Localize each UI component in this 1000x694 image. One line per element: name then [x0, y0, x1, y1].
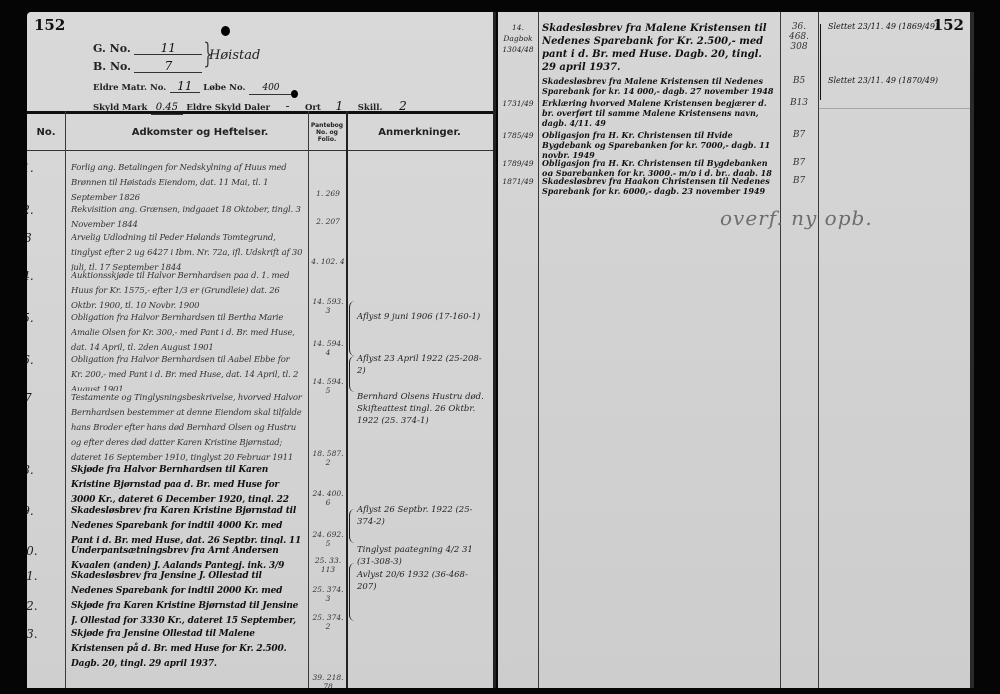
entry-remark: Aflyst 26 Septbr. 1922 (25-374-2) [357, 504, 487, 528]
entry-folio: B7 [782, 158, 816, 168]
entry-remark: Aflyst 9 juni 1906 (17-160-1) [357, 311, 487, 323]
entry-folio: 2. 207 [309, 217, 347, 226]
remark-bracket [349, 509, 360, 543]
remark-bracket [349, 356, 360, 392]
entry-folio: 36. 468. 308 [782, 22, 816, 52]
table-row: 1.Forlig ang. Betalingen for Nedskylning… [27, 161, 493, 203]
entry-number: 8. [27, 463, 43, 477]
entry-text: Obligation fra Halvor Bernhardsen til Aa… [71, 353, 303, 391]
table-row: 6.Obligation fra Halvor Bernhardsen til … [27, 353, 493, 391]
ink-blot [221, 26, 230, 36]
entry-number: 5. [27, 311, 43, 325]
entry-text: Rekvisition ang. Grænsen, indgaaet 18 Ok… [71, 203, 303, 231]
entry-folio: B7 [782, 176, 816, 186]
entry-number: 1. [27, 161, 43, 175]
entry-remark: Avlyst 20/6 1932 (36-468-207) [357, 569, 487, 593]
entry-folio: 4. 102. 4 [309, 257, 347, 266]
left-page: 152 G. No. 11 B. No. 7 } Høistad Eldre M… [27, 12, 496, 688]
entry-number: 7 [27, 391, 43, 405]
entry-text: Skjøde fra Halvor Bernhardsen til Karen … [71, 463, 303, 503]
table-row: 12.Skjøde fra Karen Kristine Bjørnstad t… [27, 599, 493, 627]
entries-list: 1.Forlig ang. Betalingen for Nedskylning… [27, 151, 493, 688]
entry-text: Skadesløsbrev fra Karen Kristine Bjørnst… [71, 504, 303, 544]
right-entry: 1785/49Obligasjon fra H. Kr. Christensen… [498, 130, 970, 158]
entry-text: Skadesløsbrev fra Haakon Christensen til… [542, 176, 778, 206]
entry-remark: Bernhard Olsens Hustru død. Skifteattest… [357, 391, 487, 427]
column-header-adkomster: Adkomster og Heftelser. [65, 114, 335, 150]
entry-text: Obligation fra Halvor Bernhardsen til Be… [71, 311, 303, 353]
g-no-row: G. No. 11 [93, 42, 202, 55]
table-header: No. Adkomster og Heftelser. Pantebog No.… [27, 111, 493, 151]
entry-text: Auktionsskjøde til Halvor Bernhardsen pa… [71, 269, 303, 311]
lobe-no-value: 400 [249, 82, 293, 95]
entry-text: Arvelig Udlodning til Peder Hølands Tomt… [71, 231, 303, 271]
ink-blot [291, 90, 298, 98]
entry-text: Skjøde fra Jensine Ollestad til Malene K… [71, 627, 303, 687]
right-entry: 14. Dagbok 1304/48Skadesløsbrev fra Male… [498, 22, 970, 74]
entry-number: 10. [27, 544, 43, 558]
column-header-anmerkninger: Anmerkninger. [346, 114, 493, 150]
entry-number: 6. [27, 353, 43, 367]
entry-remark: Slettet 23/11. 49 (1870/49) [828, 76, 968, 85]
table-row: 2.Rekvisition ang. Grænsen, indgaaet 18 … [27, 203, 493, 231]
entry-number: 9. [27, 504, 43, 518]
entry-remark: Tinglyst paategning 4/2 31 (31-308-3) [357, 544, 487, 568]
column-header-no: No. [27, 114, 65, 150]
eldre-matr-value: 11 [170, 80, 200, 93]
entry-number: 13. [27, 627, 43, 641]
table-row: 13.Skjøde fra Jensine Ollestad til Malen… [27, 627, 493, 687]
right-entry: 1789/49Obligasjon fra H. Kr. Christensen… [498, 158, 970, 176]
entry-number: 3 [27, 231, 43, 245]
remark-bracket [349, 563, 360, 621]
entry-text: Skjøde fra Karen Kristine Bjørnstad til … [71, 599, 303, 627]
lobe-no-label: Løbe No. [203, 83, 245, 93]
entry-folio: 39. 218. 78 [309, 673, 347, 688]
column-header-pantebog: Pantebog No. og Folio. [308, 114, 346, 150]
entry-number: 4. [27, 269, 43, 283]
eldre-matr-label: Eldre Matr. No. [93, 83, 166, 93]
remark-bracket [349, 301, 360, 356]
pencil-annotation: overf. ny opb. [720, 206, 873, 230]
table-row: 10.Underpantsætningsbrev fra Arnt Anders… [27, 544, 493, 570]
entry-folio: B5 [782, 76, 816, 86]
entry-text: Forlig ang. Betalingen for Nedskylning a… [71, 161, 303, 203]
entry-text: Underpantsætningsbrev fra Arnt Andersen … [71, 544, 303, 570]
entry-folio: 1. 269 [309, 189, 347, 198]
table-row: 7Testamente og Tinglysningsbeskrivelse, … [27, 391, 493, 463]
b-no-value: 7 [134, 60, 202, 73]
entry-reference: 1871/49 [498, 176, 538, 187]
entry-reference: 1731/49 [498, 98, 538, 109]
entry-text: Skadesløsbrev fra Malene Kristensen til … [542, 22, 778, 74]
table-row: 9.Skadesløsbrev fra Karen Kristine Bjørn… [27, 504, 493, 544]
g-no-label: G. No. [93, 42, 131, 55]
entry-number: 12. [27, 599, 43, 613]
entry-reference: 1785/49 [498, 130, 538, 141]
b-no-label: B. No. [93, 60, 131, 73]
entry-text: Obligasjon fra H. Kr. Christensen til Hv… [542, 130, 778, 158]
right-entry: Skadesløsbrev fra Malene Kristensen til … [498, 76, 970, 98]
entry-reference: 14. Dagbok 1304/48 [498, 22, 538, 55]
right-entry: 1731/49Erklæring hvorved Malene Kristens… [498, 98, 970, 128]
entry-number: 2. [27, 203, 43, 217]
right-entry: 1871/49Skadesløsbrev fra Haakon Christen… [498, 176, 970, 206]
right-page: 152 14. Dagbok 1304/48Skadesløsbrev fra … [498, 12, 974, 688]
entry-folio: B7 [782, 130, 816, 140]
entry-text: Erklæring hvorved Malene Kristensen begj… [542, 98, 778, 128]
entry-folio: B13 [782, 98, 816, 108]
table-row: 5.Obligation fra Halvor Bernhardsen til … [27, 311, 493, 353]
entry-number: 11. [27, 569, 43, 583]
table-row: 3Arvelig Udlodning til Peder Hølands Tom… [27, 231, 493, 271]
entry-text: Testamente og Tinglysningsbeskrivelse, h… [71, 391, 303, 463]
table-row: 11.Skadesløsbrev fra Jensine J. Ollestad… [27, 569, 493, 599]
entry-text: Skadesløsbrev fra Jensine J. Ollestad ti… [71, 569, 303, 599]
table-row: 4.Auktionsskjøde til Halvor Bernhardsen … [27, 269, 493, 311]
entry-text: Skadesløsbrev fra Malene Kristensen til … [542, 76, 778, 98]
remark-bracket [820, 24, 827, 100]
eldre-matr-row: Eldre Matr. No. 11 Løbe No. 400 [93, 80, 293, 95]
b-no-row: B. No. 7 [93, 60, 202, 73]
farm-name: Høistad [209, 48, 260, 63]
entry-remark: Aflyst 23 April 1922 (25-208-2) [357, 353, 487, 377]
g-no-value: 11 [134, 42, 202, 55]
entry-remark: Slettet 23/11. 49 (1869/49) [828, 22, 968, 31]
property-header: G. No. 11 B. No. 7 } Høistad Eldre Matr.… [27, 12, 493, 112]
entry-text: Obligasjon fra H. Kr. Christensen til By… [542, 158, 778, 176]
table-row: 8.Skjøde fra Halvor Bernhardsen til Kare… [27, 463, 493, 503]
entry-reference: 1789/49 [498, 158, 538, 169]
